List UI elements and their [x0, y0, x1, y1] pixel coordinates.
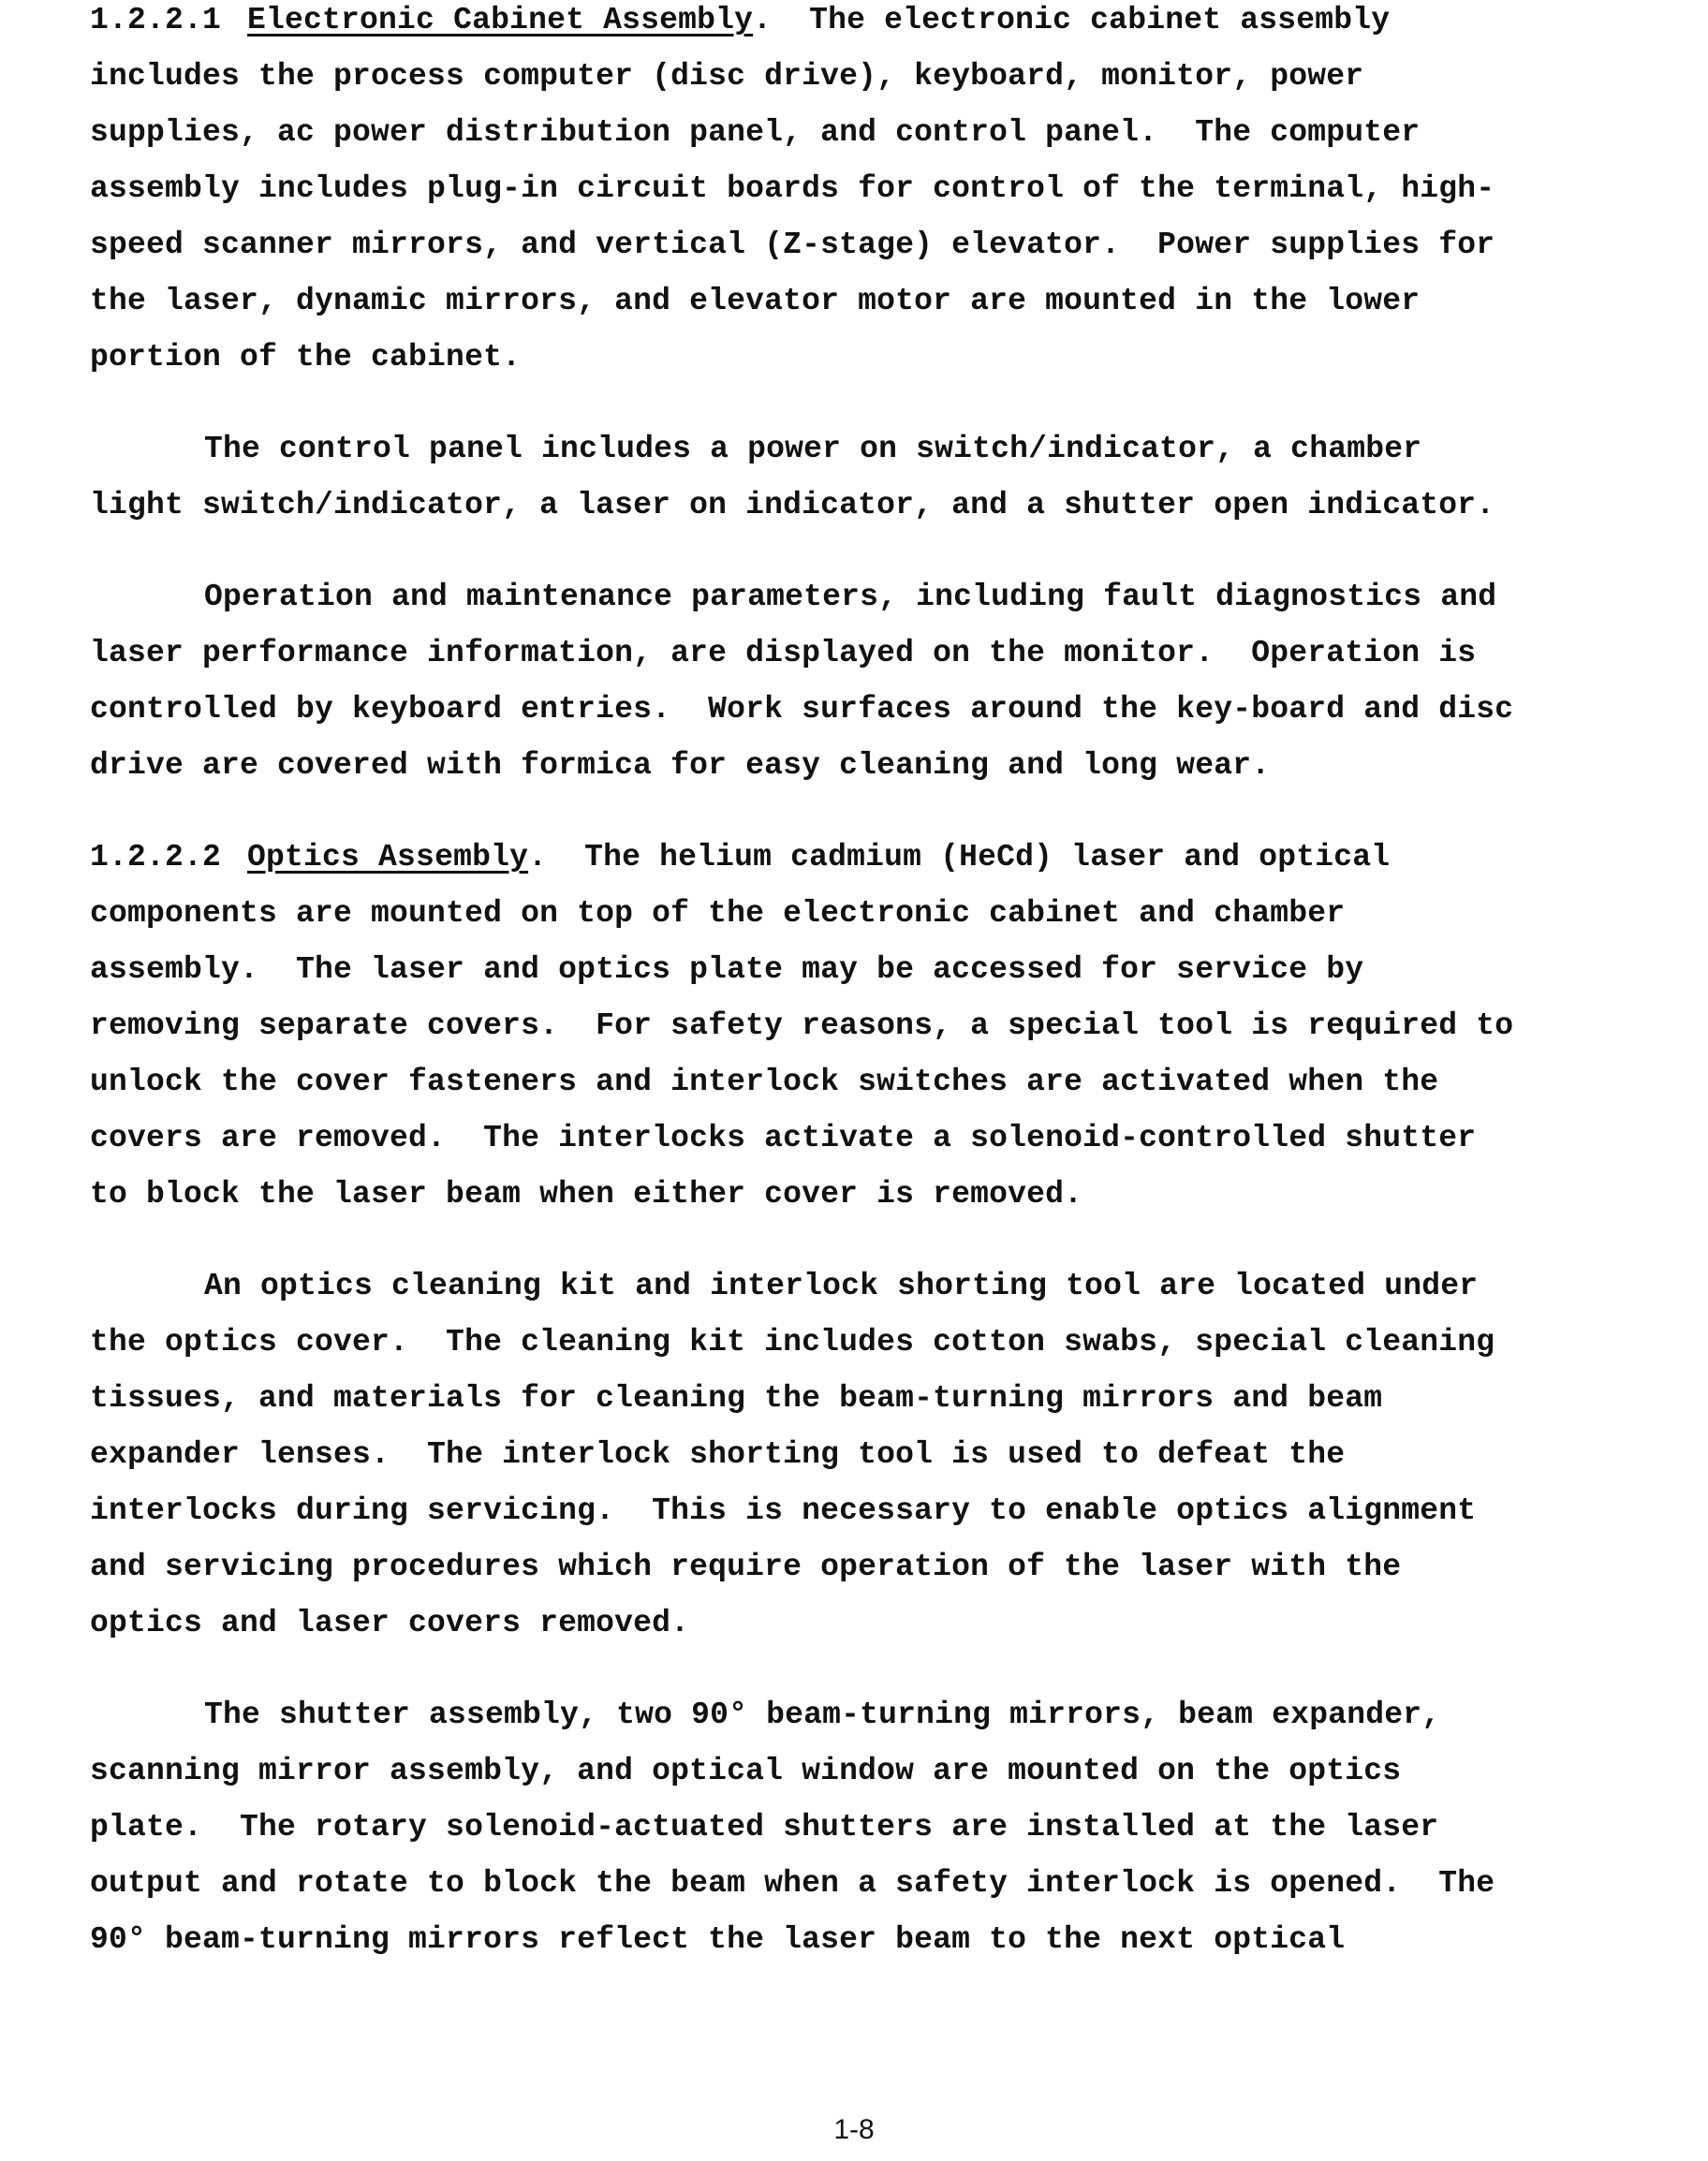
text-line: output and rotate to block the beam when…: [90, 1856, 1644, 1912]
text-line: laser performance information, are displ…: [90, 625, 1644, 682]
text-line: and servicing procedures which require o…: [90, 1539, 1644, 1595]
text-line: unlock the cover fasteners and interlock…: [90, 1054, 1644, 1110]
text-line: assembly. The laser and optics plate may…: [90, 942, 1644, 998]
document-page: 1.2.2.1Electronic Cabinet Assembly. The …: [90, 0, 1644, 1968]
page-number: 1-8: [0, 2114, 1708, 2146]
text-line: light switch/indicator, a laser on indic…: [90, 478, 1644, 534]
section-1-2-2-1-paragraph-3: Operation and maintenance parameters, in…: [90, 569, 1644, 794]
text-line: expander lenses. The interlock shorting …: [90, 1427, 1644, 1483]
text-line: portion of the cabinet.: [90, 330, 1644, 386]
text-line: the laser, dynamic mirrors, and elevator…: [90, 273, 1644, 330]
text-line: The control panel includes a power on sw…: [90, 421, 1644, 478]
text-line: plate. The rotary solenoid-actuated shut…: [90, 1800, 1644, 1856]
text-line: drive are covered with formica for easy …: [90, 738, 1644, 794]
text-line: the optics cover. The cleaning kit inclu…: [90, 1315, 1644, 1371]
text-line: to block the laser beam when either cove…: [90, 1167, 1644, 1223]
section-title: Optics Assembly: [247, 840, 528, 875]
section-1-2-2-1-paragraph-2: The control panel includes a power on sw…: [90, 421, 1644, 534]
text-line: interlocks during servicing. This is nec…: [90, 1483, 1644, 1539]
text-line: 1.2.2.2Optics Assembly. The helium cadmi…: [90, 830, 1644, 886]
text-line: An optics cleaning kit and interlock sho…: [90, 1258, 1644, 1315]
section-1-2-2-2-paragraph-2: An optics cleaning kit and interlock sho…: [90, 1258, 1644, 1652]
text-line: The shutter assembly, two 90° beam-turni…: [90, 1687, 1644, 1743]
text-line: tissues, and materials for cleaning the …: [90, 1371, 1644, 1427]
section-number: 1.2.2.2: [90, 840, 221, 875]
text-line: scanning mirror assembly, and optical wi…: [90, 1743, 1644, 1800]
text-line: 1.2.2.1Electronic Cabinet Assembly. The …: [90, 0, 1644, 49]
text-line: 90° beam-turning mirrors reflect the las…: [90, 1912, 1644, 1968]
text-line: includes the process computer (disc driv…: [90, 49, 1644, 105]
section-1-2-2-2-paragraph-1: 1.2.2.2Optics Assembly. The helium cadmi…: [90, 830, 1644, 1223]
section-title: Electronic Cabinet Assembly: [247, 3, 753, 37]
text-line: removing separate covers. For safety rea…: [90, 998, 1644, 1054]
text-line: Operation and maintenance parameters, in…: [90, 569, 1644, 625]
text-line: components are mounted on top of the ele…: [90, 886, 1644, 942]
text-line: optics and laser covers removed.: [90, 1595, 1644, 1652]
text-line: assembly includes plug-in circuit boards…: [90, 161, 1644, 217]
text-line: covers are removed. The interlocks activ…: [90, 1110, 1644, 1167]
section-1-2-2-1-paragraph-1: 1.2.2.1Electronic Cabinet Assembly. The …: [90, 0, 1644, 386]
text-line: speed scanner mirrors, and vertical (Z-s…: [90, 217, 1644, 273]
text-line: controlled by keyboard entries. Work sur…: [90, 682, 1644, 738]
section-number: 1.2.2.1: [90, 3, 221, 37]
text-line: supplies, ac power distribution panel, a…: [90, 105, 1644, 161]
section-1-2-2-2-paragraph-3: The shutter assembly, two 90° beam-turni…: [90, 1687, 1644, 1968]
